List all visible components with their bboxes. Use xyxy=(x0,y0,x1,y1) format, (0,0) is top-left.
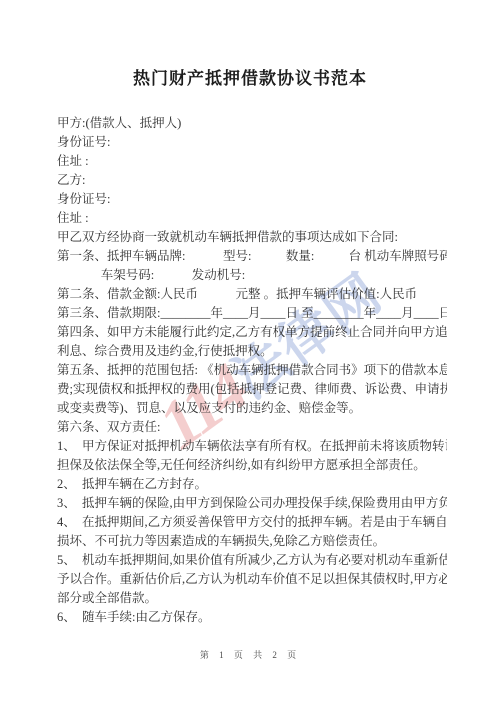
doc-line-clause2: 第二条、借款金额:人民币 元整 。抵押车辆评估价值:人民币 元。 xyxy=(57,285,447,304)
doc-line-item5-cont1: 予以合作。重新估价后,乙方认为机动车价值不足以担保其债权时,甲方必须提前偿还 xyxy=(57,570,447,589)
doc-line-clause3: 第三条、借款期限:________年____月____日 至________年_… xyxy=(57,304,447,323)
doc-line-clause5-cont2: 或变卖费等)、罚息、以及应支付的违约金、赔偿金等。 xyxy=(57,399,447,418)
page-number: 第 1 页 共 2 页 xyxy=(0,648,500,661)
doc-line-clause1: 第一条、抵押车辆品牌: 型号: 数量: 台 机动车牌照号码: xyxy=(57,247,447,266)
doc-line-clause4-cont: 利息、综合费用及违约金,行使抵押权。 xyxy=(57,342,447,361)
doc-line-item6: 6、 随车手续:由乙方保存。 xyxy=(57,608,447,627)
doc-line-address-b: 住址 : xyxy=(57,209,447,228)
doc-line-id-number-b: 身份证号: xyxy=(57,190,447,209)
document-page: 114法律网 热门财产抵押借款协议书范本 甲方:(借款人、抵押人) 身份证号: … xyxy=(0,0,500,706)
doc-line-item1-cont: 担保及依法保全等,无任何经济纠纷,如有纠纷甲方愿承担全部责任。 xyxy=(57,456,447,475)
doc-line-item1: 1、 甲方保证对抵押机动车辆依法享有所有权。在抵押前未将该质物转让抵押、抵押 xyxy=(57,437,447,456)
doc-line-clause1-cont: 车架号码: 发动机号: xyxy=(57,266,447,285)
doc-line-party-a: 甲方:(借款人、抵押人) xyxy=(57,114,447,133)
doc-line-item4-cont: 损坏、不可抗力等因素造成的车辆损失,免除乙方赔偿责任。 xyxy=(57,532,447,551)
doc-line-clause5: 第五条、抵押的范围包括: 《机动车辆抵押借款合同书》项下的借款本息与综合服务 xyxy=(57,361,447,380)
doc-line-address-a: 住址 : xyxy=(57,152,447,171)
doc-line-item5: 5、 机动车抵押期间,如果价值有所减少,乙方认为有必要对机动车重新估价,甲方必须 xyxy=(57,551,447,570)
document-body: 甲方:(借款人、抵押人) 身份证号: 住址 : 乙方: 身份证号: 住址 : 甲… xyxy=(57,114,447,627)
doc-line-item3: 3、 抵押车辆的保险,由甲方到保险公司办理投保手续,保险费用由甲方负担。 xyxy=(57,494,447,513)
doc-line-clause5-cont1: 费;实现债权和抵押权的费用(包括抵押登记费、律师费、诉讼费、申请执行费、拍卖 xyxy=(57,380,447,399)
doc-line-clause4: 第四条、如甲方未能履行此约定,乙方有权单方提前终止合同并向甲方追索借款本金、 xyxy=(57,323,447,342)
doc-line-party-b: 乙方: xyxy=(57,171,447,190)
document-title: 热门财产抵押借款协议书范本 xyxy=(0,64,500,89)
doc-line-id-number-a: 身份证号: xyxy=(57,133,447,152)
doc-line-item2: 2、 抵押车辆在乙方封存。 xyxy=(57,475,447,494)
doc-line-item5-cont2: 部分或全部借款。 xyxy=(57,589,447,608)
doc-line-intro: 甲乙双方经协商一致就机动车辆抵押借款的事项达成如下合同: xyxy=(57,228,447,247)
doc-line-item4: 4、 在抵押期间,乙方须妥善保管甲方交付的抵押车辆。若是由于车辆自身原因或自然 xyxy=(57,513,447,532)
doc-line-clause6: 第六条、双方责任: xyxy=(57,418,447,437)
